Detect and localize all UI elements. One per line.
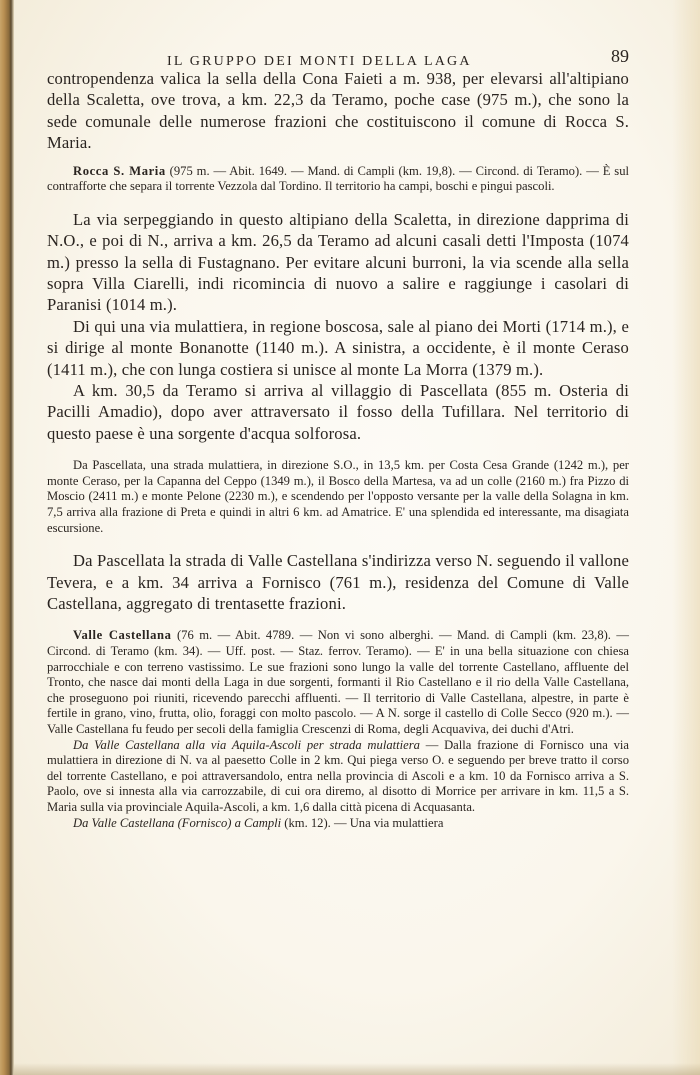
- page-number: 89: [611, 46, 629, 67]
- running-header: IL GRUPPO DEI MONTI DELLA LAGA 89: [47, 40, 629, 68]
- note-route-aquila-ascoli: Da Valle Castellana alla via Aquila-Asco…: [47, 738, 629, 816]
- note-pascellata-amatrice: Da Pascellata, una strada mulattiera, in…: [47, 458, 629, 536]
- note-body: (km. 12). — Una via mulattiera: [281, 816, 443, 830]
- note-route-campli: Da Valle Castellana (Fornisco) a Campli …: [47, 816, 629, 832]
- running-title: IL GRUPPO DEI MONTI DELLA LAGA: [167, 54, 472, 70]
- note-lead: Valle Castellana: [73, 628, 172, 642]
- note-rocca-s-maria: Rocca S. Maria (975 m. — Abit. 1649. — M…: [47, 164, 629, 195]
- paragraph-scaletta: La via serpeggiando in questo altipiano …: [47, 209, 629, 316]
- note-lead: Rocca S. Maria: [73, 164, 166, 178]
- note-body: (76 m. — Abit. 4789. — Non vi sono alber…: [47, 628, 629, 736]
- page-content: IL GRUPPO DEI MONTI DELLA LAGA 89 contro…: [47, 40, 629, 831]
- paragraph-rocca-intro: contropendenza valica la sella della Con…: [47, 68, 629, 154]
- route-heading: Da Valle Castellana (Fornisco) a Campli: [73, 816, 281, 830]
- note-valle-castellana: Valle Castellana (76 m. — Abit. 4789. — …: [47, 628, 629, 737]
- paragraph-valle-castellana-road: Da Pascellata la strada di Valle Castell…: [47, 550, 629, 614]
- page-edge-shadow: [672, 0, 700, 1075]
- page-bottom-shadow: [14, 1063, 700, 1075]
- book-binding: [0, 0, 14, 1075]
- route-heading: Da Valle Castellana alla via Aquila-Asco…: [73, 738, 420, 752]
- paragraph-piano-dei-morti: Di qui una via mulattiera, in regione bo…: [47, 316, 629, 380]
- paragraph-pascellata: A km. 30,5 da Teramo si arriva al villag…: [47, 380, 629, 444]
